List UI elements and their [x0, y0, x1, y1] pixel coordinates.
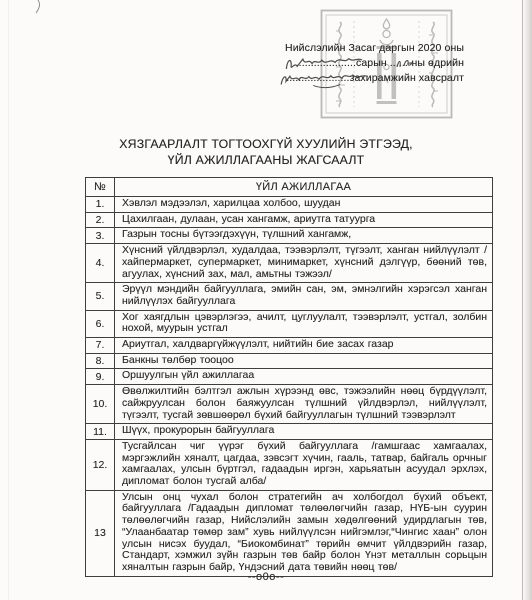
table-row: 9. Оршуулгын үйл ажиллагаа: [86, 369, 493, 385]
end-of-document-mark: --о0о--: [0, 571, 532, 583]
table-row: 11. Шүүх, прокурорын байгууллага: [86, 424, 493, 440]
row-number: 4.: [86, 244, 115, 283]
column-header-number: №: [86, 178, 115, 197]
table-row: 10. Өвөлжилтийн бэлтгэл ажлын хүрээнд өв…: [86, 385, 493, 424]
row-activity: Эрүүл мэндийн байгууллага, эмийн сан, эм…: [115, 283, 493, 310]
row-activity: Өвөлжилтийн бэлтгэл ажлын хүрээнд өвс, т…: [115, 385, 493, 424]
soyombo-bar-bottom: [377, 101, 397, 104]
row-number: 6.: [86, 310, 115, 337]
table-row: 3. Газрын тосны бүтээгдэхүүн, түлшний ха…: [86, 228, 493, 244]
table-row: 5. Эрүүл мэндийн байгууллага, эмийн сан,…: [86, 283, 493, 310]
column-header-activity: ҮЙЛ АЖИЛЛАГАА: [115, 178, 493, 197]
scan-edge-right: [522, 0, 532, 600]
handwriting-day-entry: [394, 57, 414, 70]
row-number: 3.: [86, 228, 115, 244]
soyombo-sun: [383, 30, 390, 37]
row-number: 13: [86, 490, 115, 576]
scan-edge-left: [8, 0, 9, 600]
row-activity: Оршуулгын үйл ажиллагаа: [115, 369, 493, 385]
table-row: 2. Цахилгаан, дулаан, усан хангамж, ариу…: [86, 212, 493, 228]
row-activity: Хүнсний үйлдвэрлэл, худалдаа, тээвэрлэлт…: [115, 244, 493, 283]
row-activity: Хэвлэл мэдээлэл, харилцаа холбоо, шуудан: [115, 197, 493, 213]
document-title-line1: ХЯЗГААРЛАЛТ ТОГТООХГҮЙ ХУУЛИЙН ЭТГЭЭД,: [0, 137, 532, 153]
scanned-document-page: Нийслэлийн Засаг даргын 2020 оны .......…: [0, 0, 532, 600]
table-row: 13 Улсын онц чухал болон стратегийн ач х…: [86, 490, 493, 576]
table-row: 4. Хүнсний үйлдвэрлэл, худалдаа, тээвэрл…: [86, 244, 493, 283]
table-row: 1. Хэвлэл мэдээлэл, харилцаа холбоо, шуу…: [86, 197, 493, 213]
row-number: 12.: [86, 439, 115, 490]
table-header-row: № ҮЙЛ АЖИЛЛАГАА: [86, 178, 493, 197]
soyombo-flame: [383, 19, 389, 29]
document-title: ХЯЗГААРЛАЛТ ТОГТООХГҮЙ ХУУЛИЙН ЭТГЭЭД, Ү…: [0, 137, 532, 168]
row-activity: Ариутгал, халдваргүйжүүлэлт, нийтийн бие…: [115, 338, 493, 354]
row-activity: Тусгайлсан чиг үүрэг бүхий байгууллага /…: [115, 439, 493, 490]
table-row: 12. Тусгайлсан чиг үүрэг бүхий байгуулла…: [86, 439, 493, 490]
row-number: 10.: [86, 385, 115, 424]
row-activity: Шүүх, прокурорын байгууллага: [115, 424, 493, 440]
row-activity: Газрын тосны бүтээгдэхүүн, түлшний ханга…: [115, 228, 493, 244]
row-activity: Цахилгаан, дулаан, усан хангамж, ариутга…: [115, 212, 493, 228]
row-number: 11.: [86, 424, 115, 440]
scan-artifact-mark: [33, 0, 45, 15]
row-activity: Улсын онц чухал болон стратегийн ач холб…: [115, 490, 493, 576]
row-number: 8.: [86, 353, 115, 369]
table-row: 7. Ариутгал, халдваргүйжүүлэлт, нийтийн …: [86, 338, 493, 354]
row-number: 9.: [86, 369, 115, 385]
table-row: 8. Банкны төлбөр тооцоо: [86, 353, 493, 369]
row-number: 5.: [86, 283, 115, 310]
row-number: 2.: [86, 212, 115, 228]
row-activity: Банкны төлбөр тооцоо: [115, 353, 493, 369]
table-row: 6. Хог хаягдлын цэвэрлэгээ, ачилт, цуглу…: [86, 310, 493, 337]
row-activity: Хог хаягдлын цэвэрлэгээ, ачилт, цуглуула…: [115, 310, 493, 337]
activities-table: № ҮЙЛ АЖИЛЛАГАА 1. Хэвлэл мэдээлэл, хари…: [85, 177, 493, 577]
handwriting-order-number-entry: [278, 67, 373, 91]
row-number: 1.: [86, 197, 115, 213]
document-title-line2: ҮЙЛ АЖИЛЛАГААНЫ ЖАГСААЛТ: [0, 153, 532, 169]
row-number: 7.: [86, 338, 115, 354]
